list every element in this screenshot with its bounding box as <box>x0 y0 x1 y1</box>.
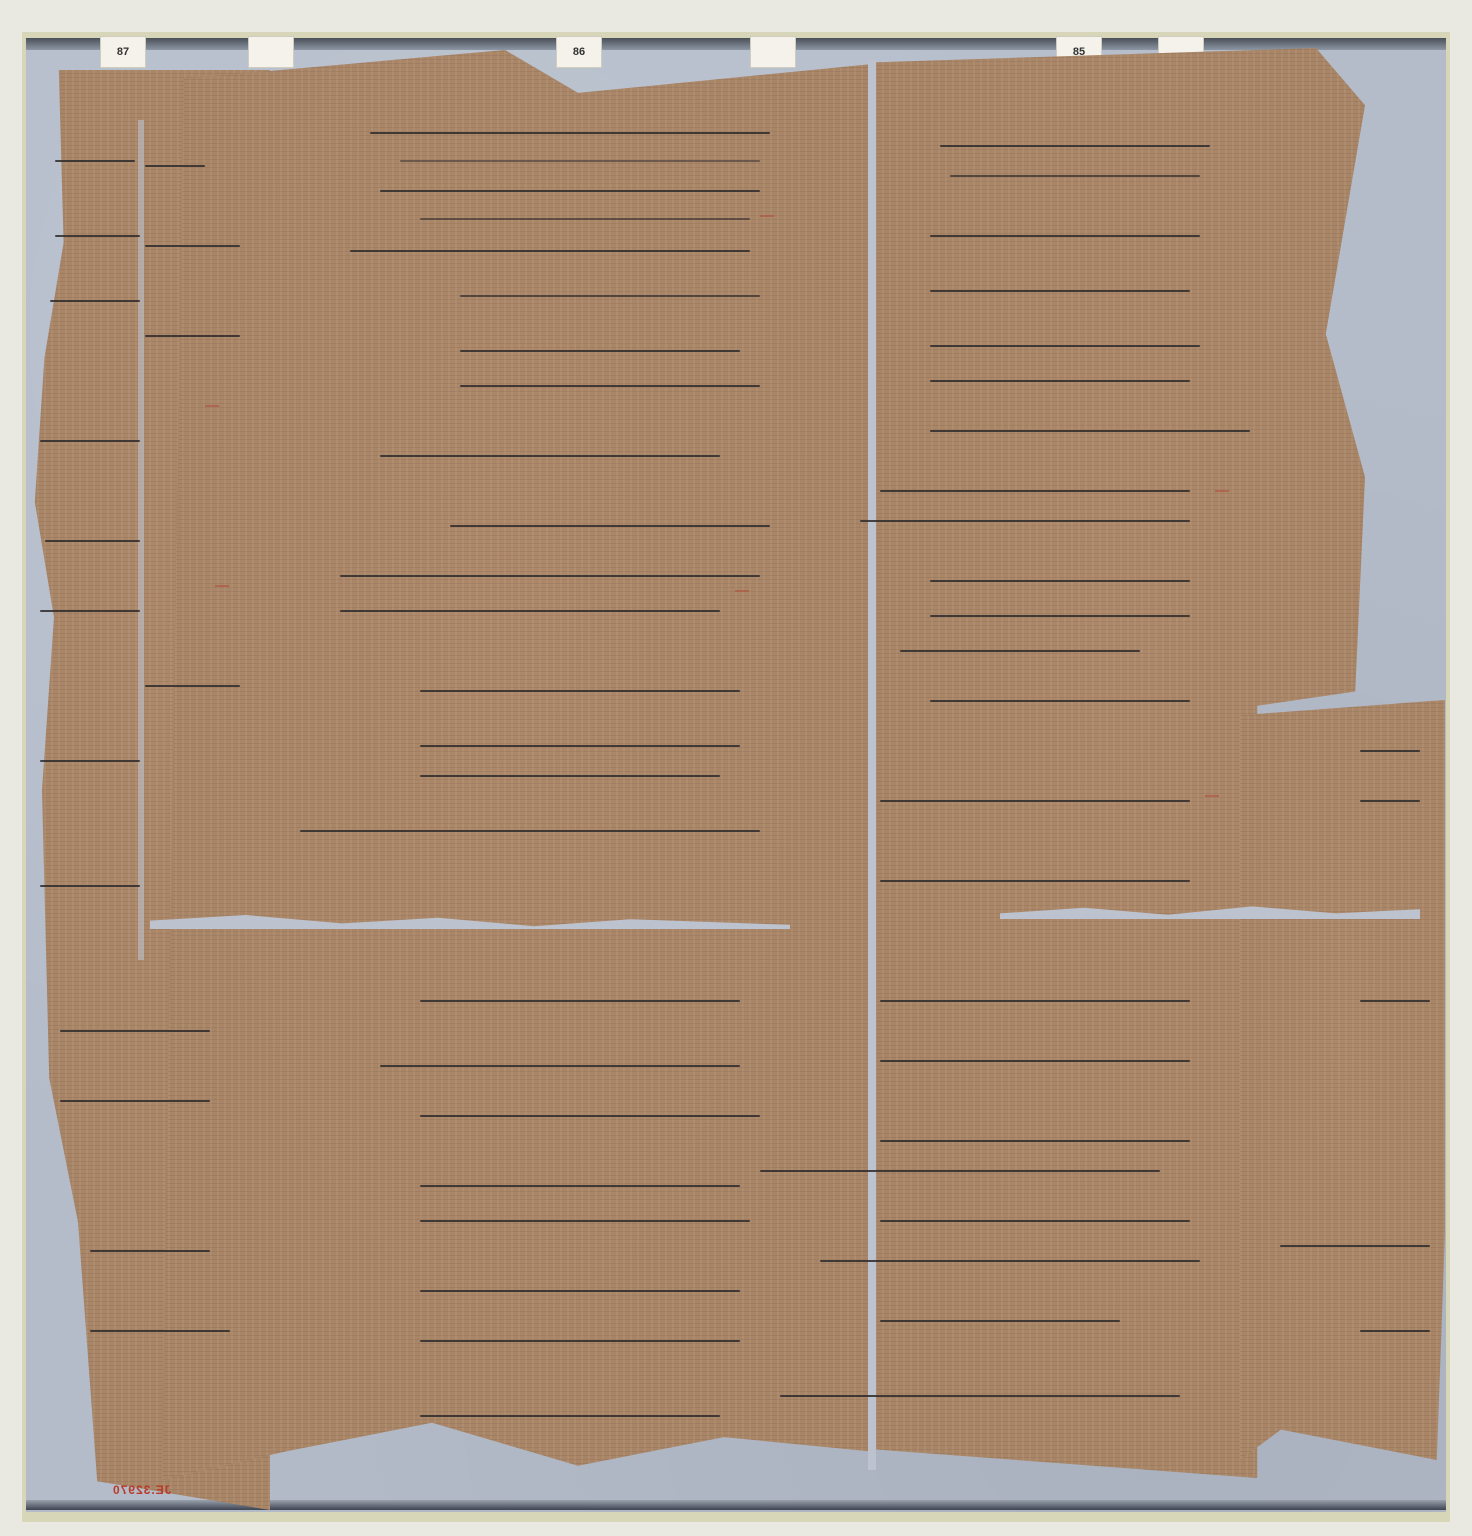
sheet-tag-blank-2 <box>750 36 796 68</box>
papyrus-fragment-right-lower <box>1240 700 1445 1460</box>
sheet-tag-87: 87 <box>100 36 146 68</box>
frame-top-shadow <box>26 38 1446 50</box>
sheet-tag-blank-1 <box>248 36 294 68</box>
papyrus-sheet-center <box>140 50 870 1480</box>
sheet-join-gap <box>868 60 876 1470</box>
inventory-number: JE.32970 <box>112 1483 171 1497</box>
sheet-tag-86: 86 <box>556 36 602 68</box>
